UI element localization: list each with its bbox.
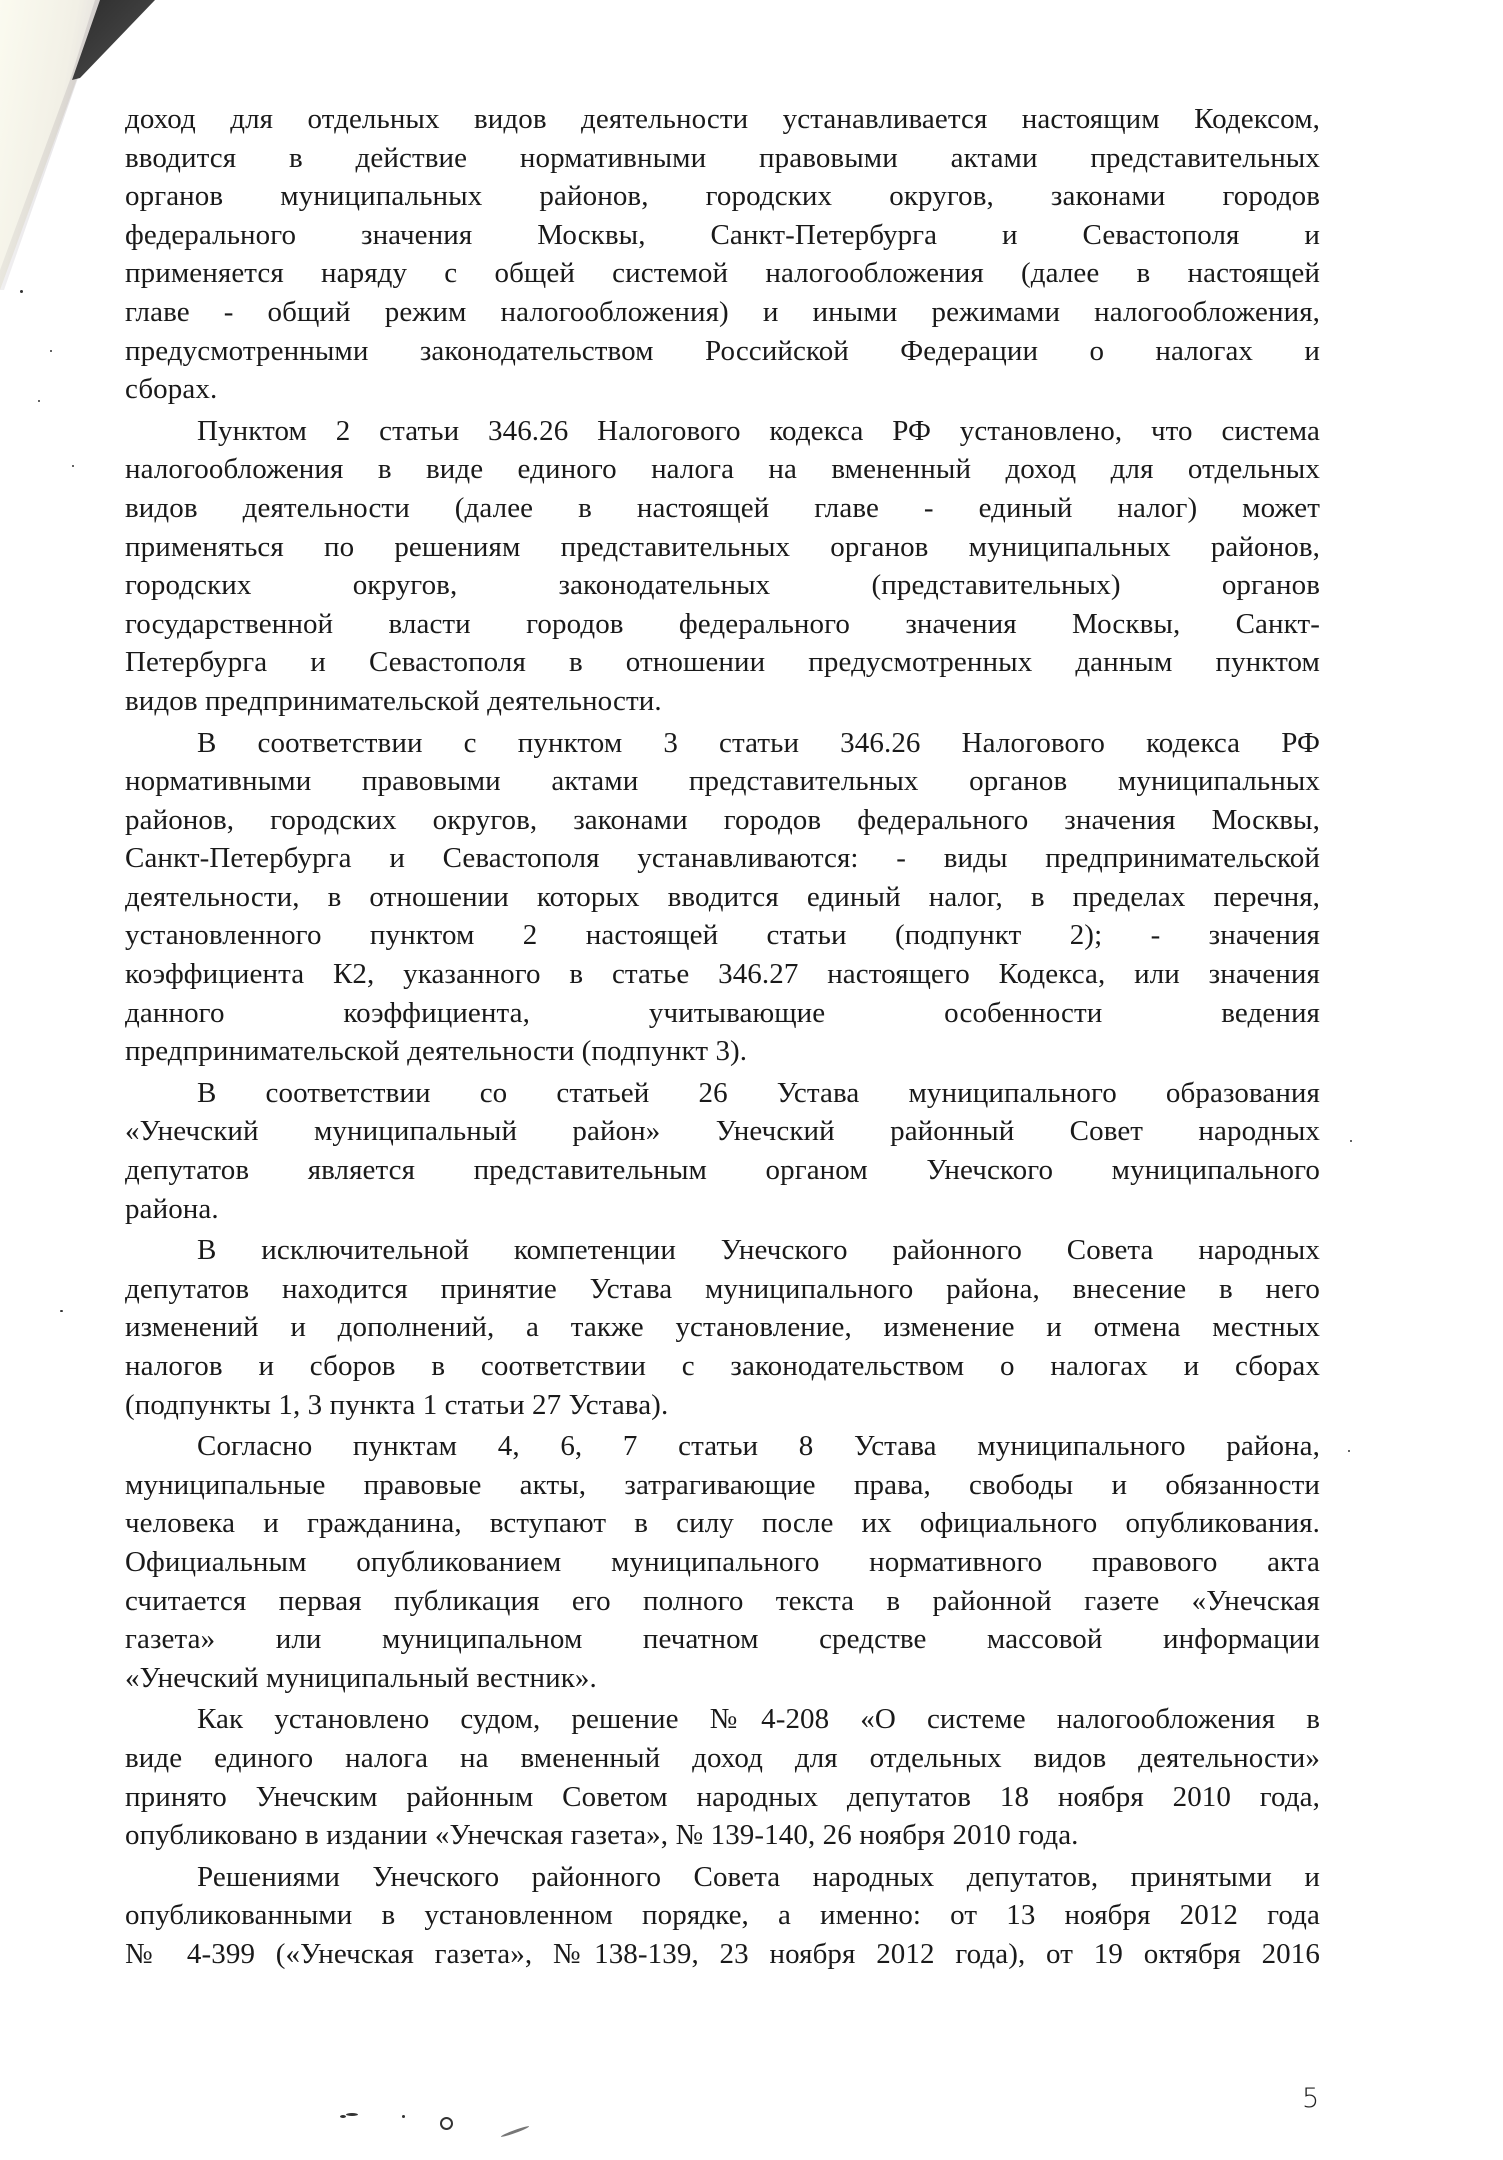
text-line: городских округов, законодательных (пред… xyxy=(125,566,1320,605)
text-line: Пунктом 2 статьи 346.26 Налогового кодек… xyxy=(125,412,1320,451)
text-line: считается первая публикация его полного … xyxy=(125,1582,1320,1621)
scan-speck xyxy=(1350,1140,1352,1142)
scan-speck xyxy=(72,465,74,467)
text-line: вводится в действие нормативными правовы… xyxy=(125,139,1320,178)
text-line: виде единого налога на вмененный доход д… xyxy=(125,1739,1320,1778)
text-line: муниципальные правовые акты, затрагивающ… xyxy=(125,1466,1320,1505)
text-line: применяться по решениям представительных… xyxy=(125,528,1320,567)
document-body: доход для отдельных видов деятельности у… xyxy=(125,100,1320,1977)
text-line: установленного пунктом 2 настоящей стать… xyxy=(125,916,1320,955)
paragraph-3: В соответствии с пунктом 3 статьи 346.26… xyxy=(125,724,1320,1071)
text-line: Петербурга и Севастополя в отношении пре… xyxy=(125,643,1320,682)
scan-speck xyxy=(340,2115,346,2118)
text-line: «Унечский муниципальный вестник». xyxy=(125,1659,1320,1698)
text-line: районов, городских округов, законами гор… xyxy=(125,801,1320,840)
text-line: доход для отдельных видов деятельности у… xyxy=(125,100,1320,139)
text-line: Санкт-Петербурга и Севастополя устанавли… xyxy=(125,839,1320,878)
text-line: видов деятельности (далее в настоящей гл… xyxy=(125,489,1320,528)
text-line: В исключительной компетенции Унечского р… xyxy=(125,1231,1320,1270)
scan-speck xyxy=(1348,1450,1350,1452)
text-line: предпринимательской деятельности (подпун… xyxy=(125,1032,1320,1071)
paragraph-4: В соответствии со статьей 26 Устава муни… xyxy=(125,1074,1320,1228)
text-line: В соответствии со статьей 26 Устава муни… xyxy=(125,1074,1320,1113)
text-line: района. xyxy=(125,1190,1320,1229)
text-line: человека и гражданина, вступают в силу п… xyxy=(125,1504,1320,1543)
text-line: данного коэффициента, учитывающие особен… xyxy=(125,994,1320,1033)
text-line: Официальным опубликованием муниципальног… xyxy=(125,1543,1320,1582)
text-line: изменений и дополнений, а также установл… xyxy=(125,1308,1320,1347)
text-line: федерального значения Москвы, Санкт-Пете… xyxy=(125,216,1320,255)
scan-speck xyxy=(500,2125,529,2138)
paragraph-1: доход для отдельных видов деятельности у… xyxy=(125,100,1320,409)
text-line: Решениями Унечского районного Совета нар… xyxy=(125,1858,1320,1897)
text-line: органов муниципальных районов, городских… xyxy=(125,177,1320,216)
paragraph-6: Согласно пунктам 4, 6, 7 статьи 8 Устава… xyxy=(125,1427,1320,1697)
text-line: налогообложения в виде единого налога на… xyxy=(125,450,1320,489)
scan-speck xyxy=(402,2115,405,2118)
text-line: нормативными правовыми актами представит… xyxy=(125,762,1320,801)
scanned-page: доход для отдельных видов деятельности у… xyxy=(0,0,1503,2160)
text-line: коэффициента К2, указанного в статье 346… xyxy=(125,955,1320,994)
text-line: предусмотренными законодательством Росси… xyxy=(125,332,1320,371)
text-line: применяется наряду с общей системой нало… xyxy=(125,254,1320,293)
text-line: № 4-399 («Унечская газета», №138-139, 23… xyxy=(125,1935,1320,1974)
text-line: главе - общий режим налогообложения) и и… xyxy=(125,293,1320,332)
scan-speck xyxy=(20,290,23,293)
paragraph-5: В исключительной компетенции Унечского р… xyxy=(125,1231,1320,1424)
scan-speck xyxy=(440,2117,453,2130)
scan-speck xyxy=(346,2113,358,2116)
text-line: «Унечский муниципальный район» Унечский … xyxy=(125,1112,1320,1151)
text-line: налогов и сборов в соответствии с законо… xyxy=(125,1347,1320,1386)
scan-speck xyxy=(38,400,40,402)
text-line: депутатов является представительным орга… xyxy=(125,1151,1320,1190)
text-line: В соответствии с пунктом 3 статьи 346.26… xyxy=(125,724,1320,763)
text-line: видов предпринимательской деятельности. xyxy=(125,682,1320,721)
text-line: (подпункты 1, 3 пункта 1 статьи 27 Устав… xyxy=(125,1386,1320,1425)
text-line: государственной власти городов федеральн… xyxy=(125,605,1320,644)
text-line: сборах. xyxy=(125,370,1320,409)
text-line: газета» или муниципальном печатном средс… xyxy=(125,1620,1320,1659)
scan-speck xyxy=(60,1310,63,1312)
text-line: Согласно пунктам 4, 6, 7 статьи 8 Устава… xyxy=(125,1427,1320,1466)
paragraph-8: Решениями Унечского районного Совета нар… xyxy=(125,1858,1320,1974)
text-line: опубликованными в установленном порядке,… xyxy=(125,1896,1320,1935)
text-line: принято Унечским районным Советом народн… xyxy=(125,1778,1320,1817)
text-line: Как установлено судом, решение №4-208 «О… xyxy=(125,1700,1320,1739)
paragraph-2: Пунктом 2 статьи 346.26 Налогового кодек… xyxy=(125,412,1320,721)
text-line: депутатов находится принятие Устава муни… xyxy=(125,1270,1320,1309)
text-line: деятельности, в отношении которых вводит… xyxy=(125,878,1320,917)
paragraph-7: Как установлено судом, решение №4-208 «О… xyxy=(125,1700,1320,1854)
text-line: опубликовано в издании «Унечская газета»… xyxy=(125,1816,1320,1855)
scan-speck xyxy=(50,350,52,352)
page-number: 5 xyxy=(1302,2083,1319,2114)
